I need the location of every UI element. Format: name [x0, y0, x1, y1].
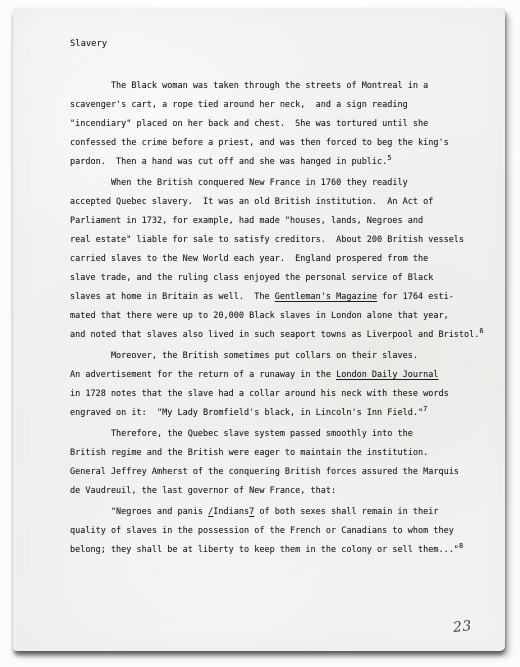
text-line: in 1728 notes that the slave had a colla…: [70, 385, 494, 404]
page-heading: Slavery: [70, 39, 107, 49]
text-line: accepted Quebec slavery. It was an old B…: [70, 193, 494, 212]
handwritten-page-number: 23: [452, 618, 472, 636]
text-line: real estate" liable for sale to satisfy …: [70, 231, 494, 250]
text-line: slave trade, and the ruling class enjoye…: [70, 269, 494, 288]
text-line: Moreover, the British sometimes put coll…: [70, 347, 494, 366]
text-line: mated that there were up to 20,000 Black…: [70, 307, 494, 326]
text-line: "incendiary" placed on her back and ches…: [70, 115, 494, 134]
text-line: confessed the crime before a priest, and…: [70, 134, 494, 153]
text-line: scavenger's cart, a rope tied around her…: [70, 96, 494, 115]
text-line: slaves at home in Britain as well. The G…: [70, 288, 494, 307]
text-line: belong; they shall be at liberty to keep…: [70, 541, 494, 560]
text-line: When the British conquered New France in…: [70, 174, 494, 193]
text-line: de Vaudreuil, the last governor of New F…: [70, 482, 494, 501]
text-line: carried slaves to the New World each yea…: [70, 250, 494, 269]
text-line: and noted that slaves also lived in such…: [70, 326, 494, 345]
text-line: "Negroes and panis /Indians7 of both sex…: [70, 503, 494, 522]
scan-background: Slavery The Black woman was taken throug…: [0, 0, 520, 667]
text-line: pardon. Then a hand was cut off and she …: [70, 153, 494, 172]
text-line: Parliament in 1732, for example, had mad…: [70, 212, 494, 231]
text-line: General Jeffrey Amherst of the conquerin…: [70, 463, 494, 482]
text-line: quality of slaves in the possession of t…: [70, 522, 494, 541]
paragraph: Therefore, the Quebec slave system passe…: [70, 425, 494, 501]
text-line: An advertisement for the return of a run…: [70, 366, 494, 385]
paragraph: Moreover, the British sometimes put coll…: [70, 347, 494, 423]
text-line: Therefore, the Quebec slave system passe…: [70, 425, 494, 444]
document-page: Slavery The Black woman was taken throug…: [13, 8, 505, 651]
paragraph: When the British conquered New France in…: [70, 174, 494, 345]
text-line: The Black woman was taken through the st…: [70, 77, 494, 96]
document-body: The Black woman was taken through the st…: [70, 77, 494, 562]
paragraph: "Negroes and panis /Indians7 of both sex…: [70, 503, 494, 560]
text-line: British regime and the British were eage…: [70, 444, 494, 463]
paragraph: The Black woman was taken through the st…: [70, 77, 494, 172]
text-line: engraved on it: "My Lady Bromfield's bla…: [70, 404, 494, 423]
